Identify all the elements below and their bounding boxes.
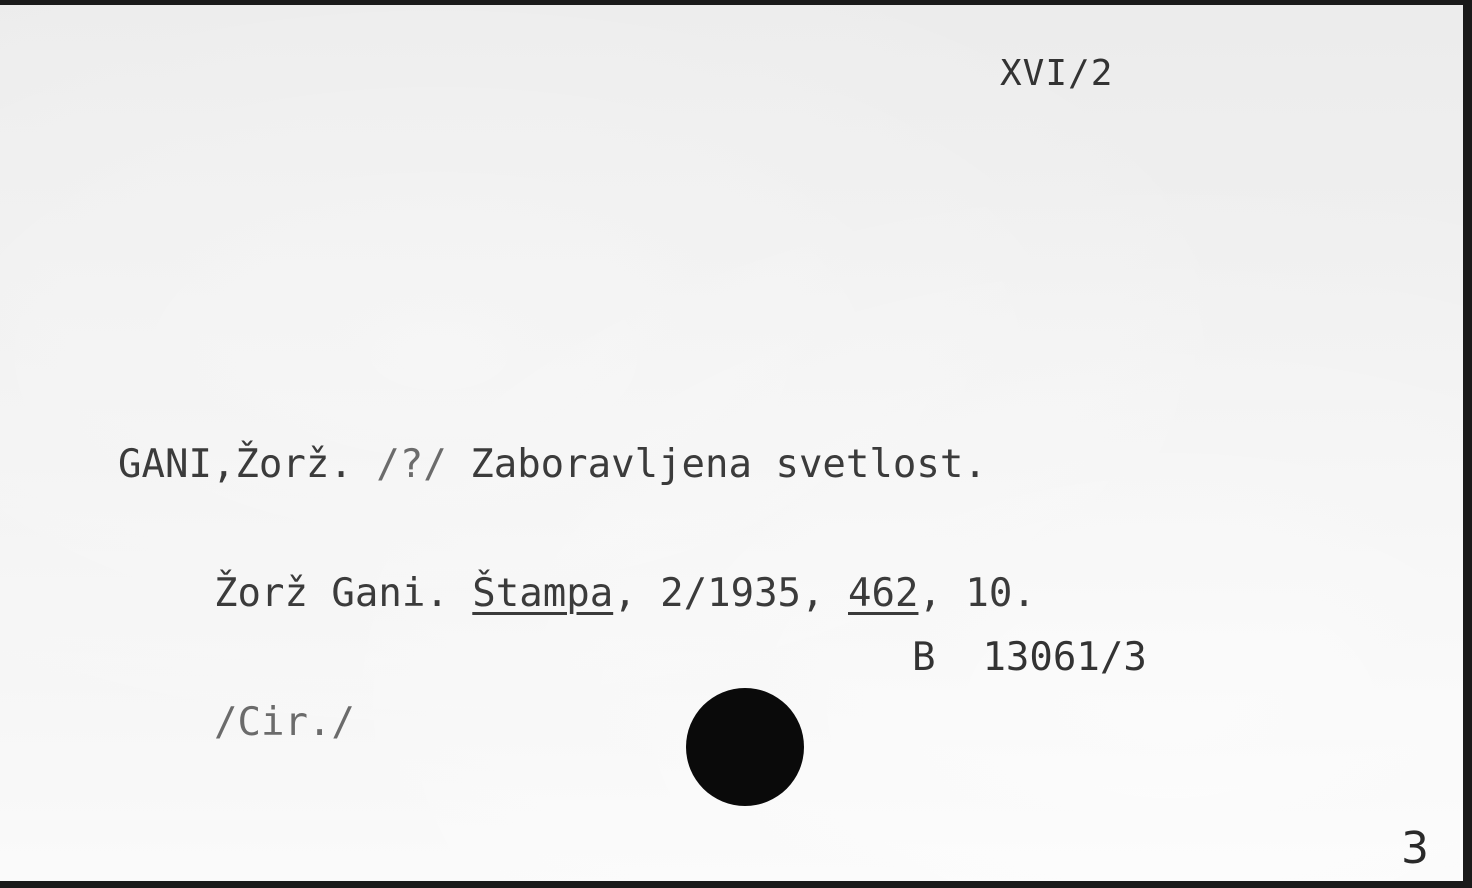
script-note: /Cir./ bbox=[214, 700, 355, 745]
catalog-card: XVI/2 GANI,Žorž. /?/ Zaboravljena svetlo… bbox=[0, 5, 1463, 881]
entry-line-1: GANI,Žorž. /?/ Zaboravljena svetlost. bbox=[118, 443, 1036, 486]
bracket-note: /?/ bbox=[376, 442, 446, 487]
issue-number: 462 bbox=[848, 571, 918, 616]
author-name: Žorž Gani. bbox=[214, 571, 449, 616]
page-marker: 3 bbox=[1401, 823, 1429, 874]
bibliographic-entry: GANI,Žorž. /?/ Zaboravljena svetlost. Žo… bbox=[118, 357, 1036, 830]
issue-info: , 2/1935, bbox=[613, 571, 848, 616]
call-number: XVI/2 bbox=[1000, 53, 1113, 94]
journal-title: Štampa bbox=[472, 571, 613, 616]
punch-hole-icon bbox=[686, 688, 804, 806]
work-title: Zaboravljena svetlost. bbox=[470, 442, 987, 487]
entry-line-2: Žorž Gani. Štampa, 2/1935, 462, 10. bbox=[118, 572, 1036, 615]
author-heading: GANI,Žorž. bbox=[118, 442, 353, 487]
entry-line-3: /Cir./ bbox=[118, 701, 1036, 744]
accession-number: B 13061/3 bbox=[912, 635, 1147, 680]
page-info: , 10. bbox=[918, 571, 1035, 616]
